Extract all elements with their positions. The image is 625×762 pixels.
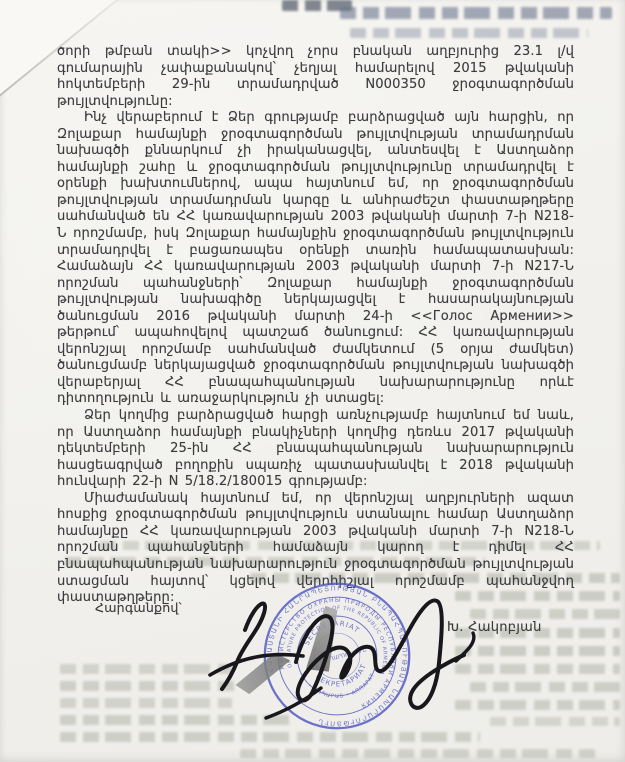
paragraph: Ձեր կողմից բարձրացված հարցի առնչությամբ … xyxy=(57,408,574,491)
paragraph: ծորի թմբան տակի>> կոչվող չորս բնական աղբ… xyxy=(57,44,574,110)
scanned-letter-page: ծորի թմբան տակի>> կոչվող չորս բնական աղբ… xyxy=(0,0,625,762)
bleedthrough-line xyxy=(240,749,600,758)
bleedthrough-line xyxy=(340,7,612,19)
paragraph: Ինչ վերաբերում է Ձեր գրությամբ բարձրացվա… xyxy=(57,110,574,408)
letter-body: ծորի թմբան տակի>> կոչվող չորս բնական աղբ… xyxy=(57,44,574,607)
bleedthrough-line xyxy=(490,717,620,726)
signature-icon xyxy=(200,582,495,727)
bleedthrough-line xyxy=(60,732,480,742)
bleedthrough-line xyxy=(350,28,588,38)
closing-salutation: Հարգանքով՝ xyxy=(95,600,182,615)
